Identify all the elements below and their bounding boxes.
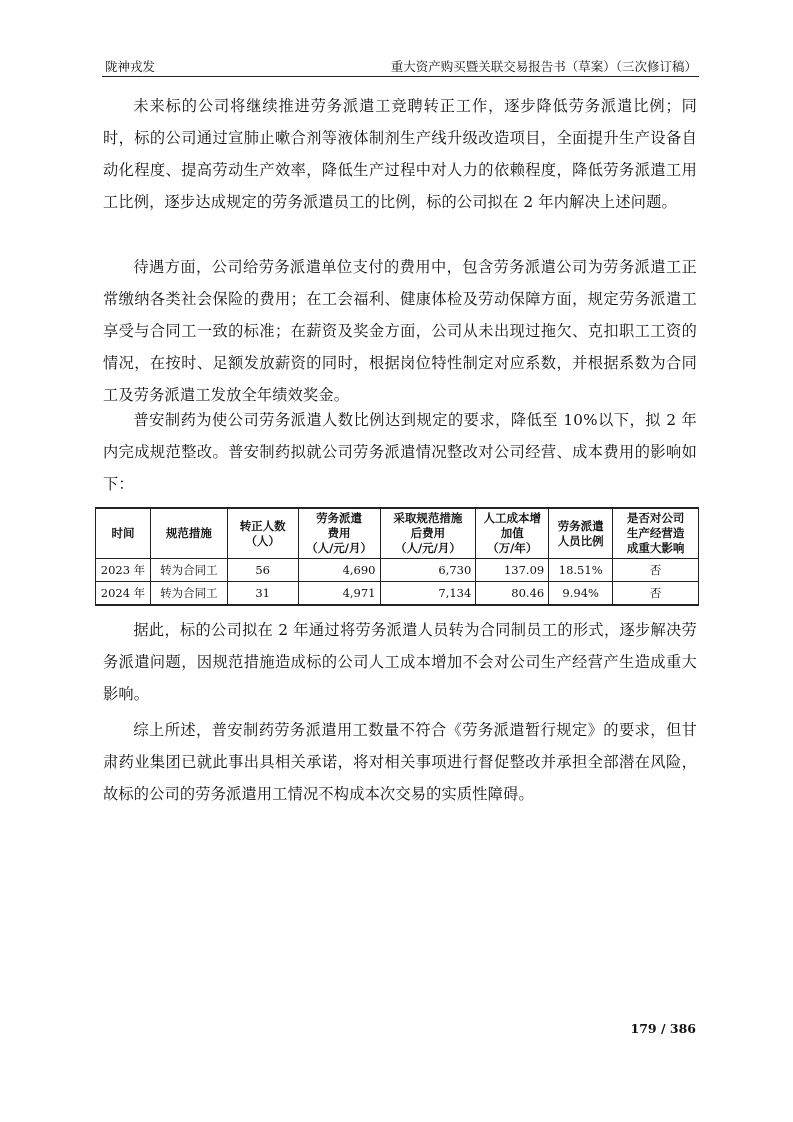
cell-post-measure-cost: 7,134 bbox=[380, 582, 476, 606]
header-converted-count: 转正人数（人） bbox=[227, 508, 298, 559]
cell-dispatch-ratio: 9.94% bbox=[549, 582, 613, 606]
cell-measure: 转为合同工 bbox=[150, 582, 227, 606]
cell-measure: 转为合同工 bbox=[150, 559, 227, 582]
cost-impact-table: 时间 规范措施 转正人数（人） 劳务派遣费用（人/元/月） 采取规范措施后费用（… bbox=[95, 507, 699, 606]
cell-labor-cost-increase: 137.09 bbox=[476, 559, 549, 582]
header-company-name: 陇神戎发 bbox=[105, 57, 155, 75]
paragraph-block-1: 未来标的公司将继续推进劳务派遣工竞聘转正工作，逐步降低劳务派遣比例；同时，标的公… bbox=[103, 90, 697, 218]
header-dispatch-ratio: 劳务派遣人员比例 bbox=[549, 508, 613, 559]
paragraph-summary: 综上所述，普安制药劳务派遣用工数量不符合《劳务派遣暂行规定》的要求，但甘肃药业集… bbox=[103, 714, 697, 810]
header-document-title: 重大资产购买暨关联交易报告书（草案）（三次修订稿） bbox=[391, 57, 697, 75]
paragraph-conclusion-cost: 据此，标的公司拟在 2 年通过将劳务派遣人员转为合同制员工的形式，逐步解决劳务派… bbox=[103, 614, 697, 710]
header-time: 时间 bbox=[96, 508, 151, 559]
cell-dispatch-cost: 4,971 bbox=[298, 582, 380, 606]
paragraph-block-4: 据此，标的公司拟在 2 年通过将劳务派遣人员转为合同制员工的形式，逐步解决劳务派… bbox=[103, 614, 697, 710]
cell-major-impact: 否 bbox=[613, 582, 699, 606]
header-major-impact: 是否对公司生产经营造成重大影响 bbox=[613, 508, 699, 559]
paragraph-rectification-plan: 未来标的公司将继续推进劳务派遣工竞聘转正工作，逐步降低劳务派遣比例；同时，标的公… bbox=[103, 90, 697, 218]
table-row: 2024 年 转为合同工 31 4,971 7,134 80.46 9.94% … bbox=[96, 582, 699, 606]
paragraph-table-intro: 普安制药为使公司劳务派遣人数比例达到规定的要求，降低至 10%以下，拟 2 年内… bbox=[103, 404, 697, 500]
header-dispatch-cost: 劳务派遣费用（人/元/月） bbox=[298, 508, 380, 559]
cell-time: 2024 年 bbox=[96, 582, 151, 606]
paragraph-block-2: 待遇方面，公司给劳务派遣单位支付的费用中，包含劳务派遣公司为劳务派遣工正常缴纳各… bbox=[103, 251, 697, 411]
paragraph-treatment: 待遇方面，公司给劳务派遣单位支付的费用中，包含劳务派遣公司为劳务派遣工正常缴纳各… bbox=[103, 251, 697, 411]
cell-major-impact: 否 bbox=[613, 559, 699, 582]
cell-dispatch-ratio: 18.51% bbox=[549, 559, 613, 582]
cell-labor-cost-increase: 80.46 bbox=[476, 582, 549, 606]
header-post-measure-cost: 采取规范措施后费用（人/元/月） bbox=[380, 508, 476, 559]
cell-time: 2023 年 bbox=[96, 559, 151, 582]
table-row: 2023 年 转为合同工 56 4,690 6,730 137.09 18.51… bbox=[96, 559, 699, 582]
page-header: 陇神戎发 重大资产购买暨关联交易报告书（草案）（三次修订稿） bbox=[102, 56, 699, 77]
header-measure: 规范措施 bbox=[150, 508, 227, 559]
cell-post-measure-cost: 6,730 bbox=[380, 559, 476, 582]
paragraph-block-5: 综上所述，普安制药劳务派遣用工数量不符合《劳务派遣暂行规定》的要求，但甘肃药业集… bbox=[103, 714, 697, 810]
table-header-row: 时间 规范措施 转正人数（人） 劳务派遣费用（人/元/月） 采取规范措施后费用（… bbox=[96, 508, 699, 559]
header-labor-cost-increase: 人工成本增加值（万/年） bbox=[476, 508, 549, 559]
paragraph-block-3: 普安制药为使公司劳务派遣人数比例达到规定的要求，降低至 10%以下，拟 2 年内… bbox=[103, 404, 697, 500]
cell-dispatch-cost: 4,690 bbox=[298, 559, 380, 582]
page-number: 179 / 386 bbox=[600, 1021, 696, 1036]
cell-converted-count: 56 bbox=[227, 559, 298, 582]
cell-converted-count: 31 bbox=[227, 582, 298, 606]
